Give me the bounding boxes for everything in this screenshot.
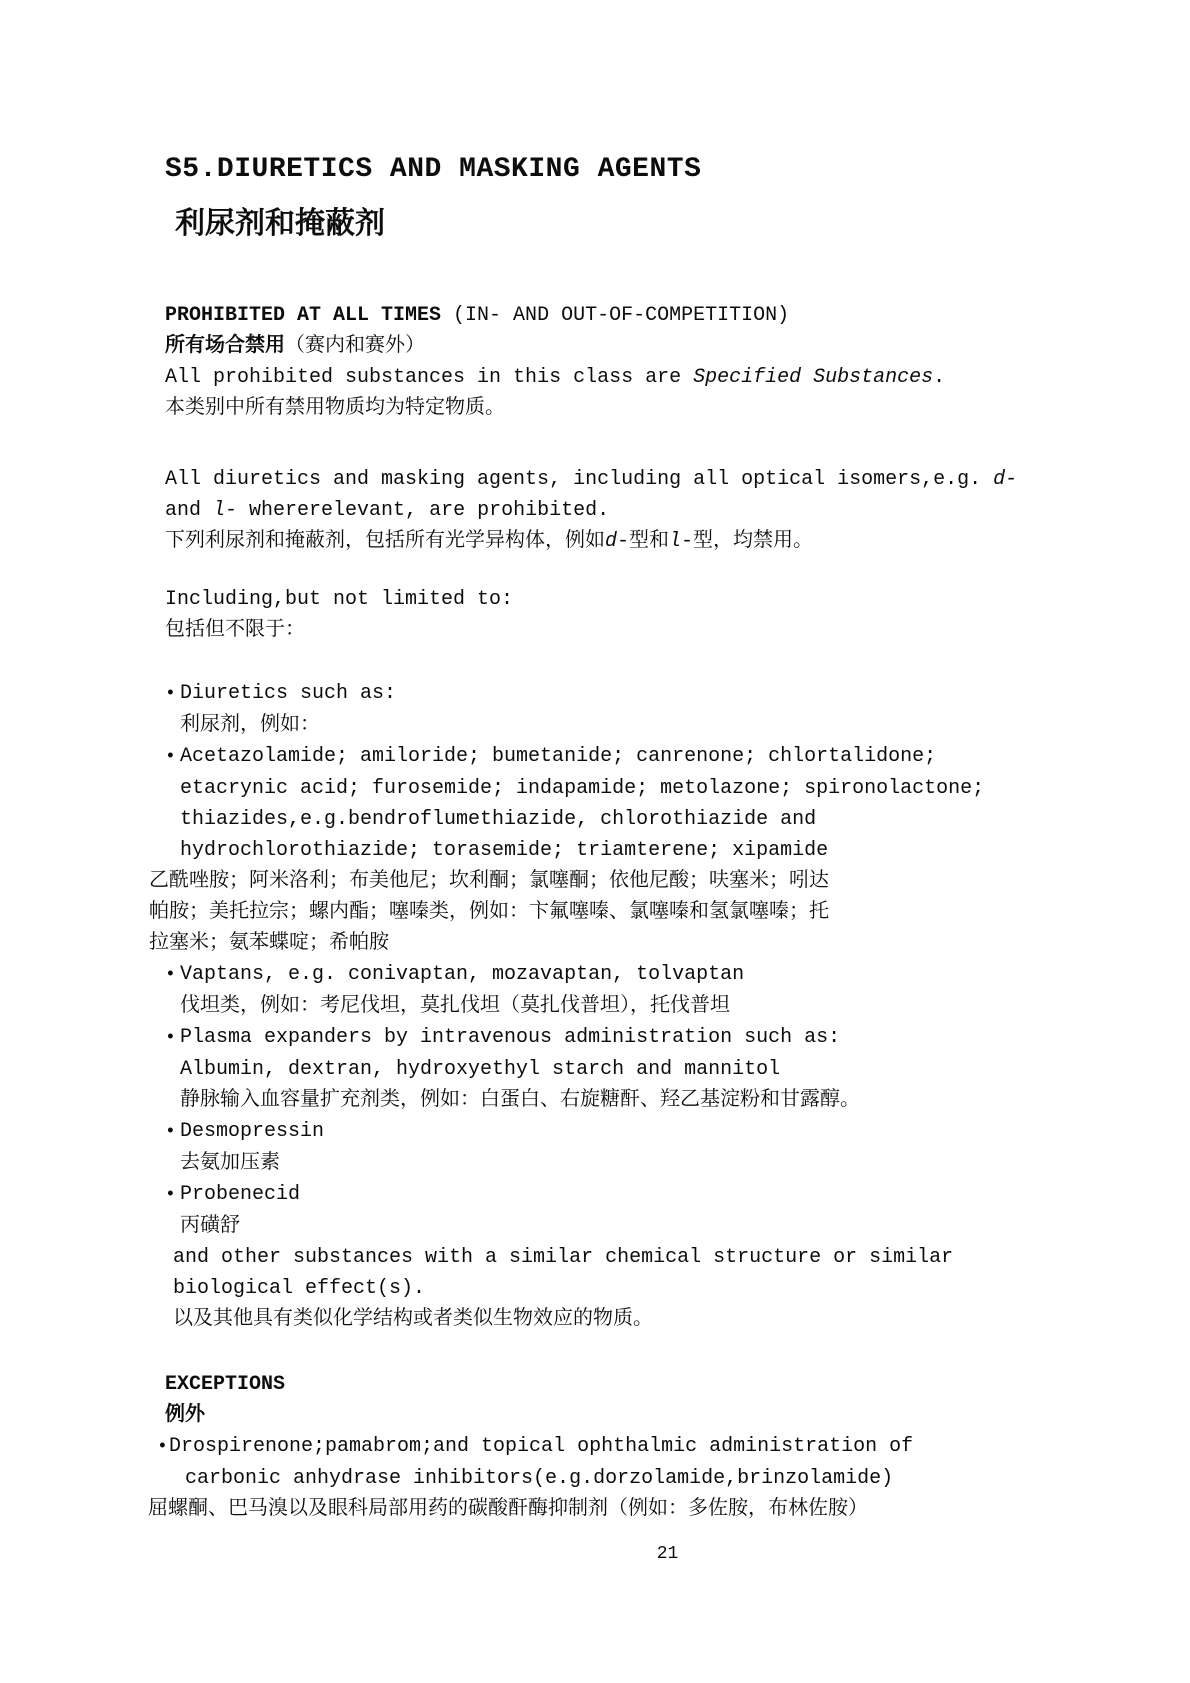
text-line: •Drospirenone;pamabrom;and topical ophth… [157, 1431, 1170, 1463]
text-segment: 型，均禁用。 [693, 530, 813, 553]
text-segment: 利尿剂，例如： [180, 714, 320, 737]
text-segment: Desmopressin [180, 1120, 324, 1143]
text-segment: carbonic anhydrase inhibitors(e.g.dorzol… [185, 1467, 893, 1490]
text-line: and l- whererelevant, are prohibited. [165, 495, 1170, 526]
text-line: All prohibited substances in this class … [165, 362, 1170, 393]
text-segment: biological effect(s). [173, 1277, 425, 1300]
text-line: 去氨加压素 [180, 1148, 1170, 1179]
text-line: 伐坦类，例如：考尼伐坦，莫扎伐坦（莫扎伐普坦），托伐普坦 [180, 991, 1170, 1022]
text-line: •Desmopressin [165, 1116, 1170, 1148]
text-segment: 伐坦类，例如：考尼伐坦，莫扎伐坦（莫扎伐普坦），托伐普坦 [180, 995, 730, 1018]
text-segment: 包括但不限于： [165, 619, 305, 642]
text-segment: 下列利尿剂和掩蔽剂，包括所有光学异构体，例如 [165, 530, 605, 553]
text-segment: whererelevant, are prohibited. [237, 499, 609, 522]
section-title-zh: 利尿剂和掩蔽剂 [175, 204, 1170, 248]
text-line: •Acetazolamide; amiloride; bumetanide; c… [165, 741, 1170, 773]
text-segment: 静脉输入血容量扩充剂类，例如：白蛋白、右旋糖酐、羟乙基淀粉和甘露醇。 [180, 1089, 860, 1112]
text-line: 以及其他具有类似化学结构或者类似生物效应的物质。 [173, 1304, 1170, 1335]
bullet-icon: • [157, 1432, 169, 1463]
text-line: thiazides,e.g.bendroflumethiazide, chlor… [180, 804, 1170, 835]
section-title-en: S5.DIURETICS AND MASKING AGENTS [165, 150, 1170, 190]
text-line: 屈螺酮、巴马溴以及眼科局部用药的碳酸酐酶抑制剂（例如：多佐胺，布林佐胺） [148, 1494, 1170, 1525]
text-line: etacrynic acid; furosemide; indapamide; … [180, 773, 1170, 804]
text-segment: Acetazolamide; amiloride; bumetanide; ca… [180, 745, 936, 768]
text-segment: EXCEPTIONS [165, 1373, 285, 1396]
text-line: and other substances with a similar chem… [173, 1242, 1170, 1273]
text-segment: Albumin, dextran, hydroxyethyl starch an… [180, 1058, 780, 1081]
text-line: •Diuretics such as: [165, 678, 1170, 710]
text-line: •Plasma expanders by intravenous adminis… [165, 1022, 1170, 1054]
text-line: •Probenecid [165, 1179, 1170, 1211]
text-segment: and [165, 499, 213, 522]
bullet-icon: • [165, 1180, 180, 1211]
text-segment: （赛内和赛外） [285, 335, 425, 358]
text-line: Albumin, dextran, hydroxyethyl starch an… [180, 1054, 1170, 1085]
text-line: 丙磺舒 [180, 1211, 1170, 1242]
text-line: 利尿剂，例如： [180, 710, 1170, 741]
text-line: biological effect(s). [173, 1273, 1170, 1304]
text-line: hydrochlorothiazide; torasemide; triamte… [180, 835, 1170, 866]
text-segment: 丙磺舒 [180, 1215, 240, 1238]
text-line: All diuretics and masking agents, includ… [165, 464, 1170, 495]
bullet-icon: • [165, 1023, 180, 1054]
text-line: EXCEPTIONS [165, 1369, 1170, 1400]
document-page: S5.DIURETICS AND MASKING AGENTS 利尿剂和掩蔽剂 … [0, 0, 1190, 1683]
text-segment: and other substances with a similar chem… [173, 1246, 953, 1269]
text-segment: (IN- AND OUT-OF-COMPETITION) [441, 304, 789, 327]
text-segment: 型和 [629, 530, 669, 553]
text-segment: 本类别中所有禁用物质均为特定物质。 [165, 397, 505, 420]
text-line: 静脉输入血容量扩充剂类，例如：白蛋白、右旋糖酐、羟乙基淀粉和甘露醇。 [180, 1085, 1170, 1116]
text-segment: hydrochlorothiazide; torasemide; triamte… [180, 839, 828, 862]
text-line: 下列利尿剂和掩蔽剂，包括所有光学异构体，例如d-型和l-型，均禁用。 [165, 526, 1170, 557]
text-segment: Vaptans, e.g. conivaptan, mozavaptan, to… [180, 963, 744, 986]
text-line: 帕胺；美托拉宗；螺内酯；噻嗪类，例如：卞氟噻嗪、氯噻嗪和氢氯噻嗪；托 [149, 897, 1170, 928]
text-segment: 以及其他具有类似化学结构或者类似生物效应的物质。 [173, 1308, 653, 1331]
text-segment: 乙酰唑胺；阿米洛利；布美他尼；坎利酮；氯噻酮；依他尼酸；呋塞米；吲达 [149, 870, 829, 893]
text-segment: d- [993, 468, 1017, 491]
text-line: 本类别中所有禁用物质均为特定物质。 [165, 393, 1170, 424]
text-line: PROHIBITED AT ALL TIMES (IN- AND OUT-OF-… [165, 300, 1170, 331]
text-segment: 拉塞米；氨苯蝶啶；希帕胺 [149, 932, 389, 955]
text-segment: d- [605, 530, 629, 553]
text-segment: l- [669, 530, 693, 553]
text-line: 所有场合禁用（赛内和赛外） [165, 331, 1170, 362]
page-number: 21 [165, 1541, 1170, 1567]
text-segment: Probenecid [180, 1183, 300, 1206]
text-segment: l- [213, 499, 237, 522]
text-segment: Including,but not limited to: [165, 588, 513, 611]
text-segment: 帕胺；美托拉宗；螺内酯；噻嗪类，例如：卞氟噻嗪、氯噻嗪和氢氯噻嗪；托 [149, 901, 829, 924]
text-segment: Plasma expanders by intravenous administ… [180, 1026, 840, 1049]
bullet-icon: • [165, 1117, 180, 1148]
document-body: PROHIBITED AT ALL TIMES (IN- AND OUT-OF-… [165, 300, 1170, 1525]
text-segment: 所有场合禁用 [165, 335, 285, 358]
text-line: 包括但不限于： [165, 615, 1170, 646]
text-segment: Drospirenone;pamabrom;and topical ophtha… [169, 1435, 913, 1458]
bullet-icon: • [165, 742, 180, 773]
text-segment: All prohibited substances in this class … [165, 366, 693, 389]
bullet-icon: • [165, 679, 180, 710]
text-segment: All diuretics and masking agents, includ… [165, 468, 993, 491]
bullet-icon: • [165, 960, 180, 991]
text-line: 例外 [165, 1400, 1170, 1431]
text-line: Including,but not limited to: [165, 584, 1170, 615]
text-segment: etacrynic acid; furosemide; indapamide; … [180, 777, 984, 800]
text-segment: 屈螺酮、巴马溴以及眼科局部用药的碳酸酐酶抑制剂（例如：多佐胺，布林佐胺） [148, 1498, 868, 1521]
text-segment: . [933, 366, 945, 389]
text-line: 拉塞米；氨苯蝶啶；希帕胺 [149, 928, 1170, 959]
text-segment: Diuretics such as: [180, 682, 396, 705]
text-line: carbonic anhydrase inhibitors(e.g.dorzol… [185, 1463, 1170, 1494]
text-segment: thiazides,e.g.bendroflumethiazide, chlor… [180, 808, 816, 831]
text-segment: 例外 [165, 1404, 205, 1427]
text-line: •Vaptans, e.g. conivaptan, mozavaptan, t… [165, 959, 1170, 991]
text-segment: Specified Substances [693, 366, 933, 389]
text-segment: PROHIBITED AT ALL TIMES [165, 304, 441, 327]
text-line: 乙酰唑胺；阿米洛利；布美他尼；坎利酮；氯噻酮；依他尼酸；呋塞米；吲达 [149, 866, 1170, 897]
text-segment: 去氨加压素 [180, 1152, 280, 1175]
